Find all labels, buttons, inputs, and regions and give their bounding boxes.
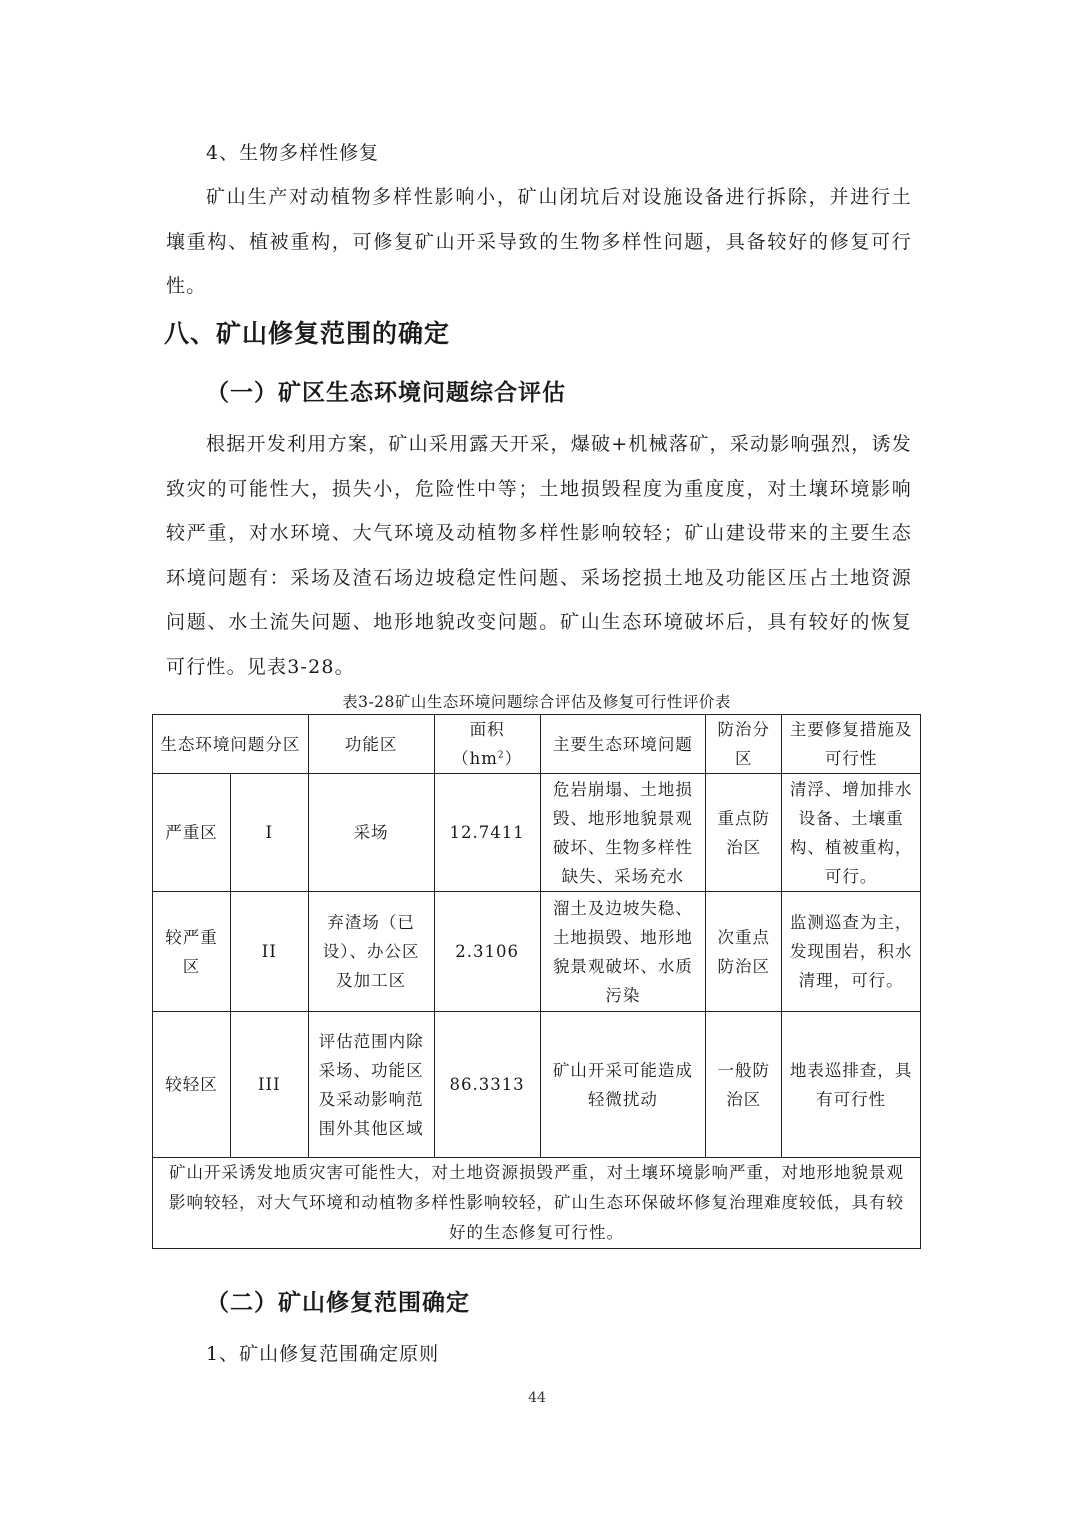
table-summary: 矿山开采诱发地质灾害可能性大，对土地资源损毁严重，对土壤环境影响严重，对地形地貌…	[153, 1158, 921, 1249]
cell-level: III	[230, 1012, 308, 1158]
header-zone: 生态环境问题分区	[153, 715, 309, 774]
cell-function-area: 弃渣场（已设）、办公区及加工区	[308, 892, 434, 1012]
table-row: 严重区 I 采场 12.7411 危岩崩塌、土地损毁、地形地貌景观破坏、生物多样…	[153, 774, 921, 892]
cell-function-area: 采场	[308, 774, 434, 892]
table-header-row: 生态环境问题分区 功能区 面积（hm2） 主要生态环境问题 防治分区 主要修复措…	[153, 715, 921, 774]
subsection-heading-scope: （二）矿山修复范围确定	[206, 1284, 470, 1317]
cell-main-problems: 危岩崩塌、土地损毁、地形地貌景观破坏、生物多样性缺失、采场充水	[540, 774, 706, 892]
cell-control-zone: 重点防治区	[706, 774, 782, 892]
cell-zone: 严重区	[153, 774, 231, 892]
header-control-zone: 防治分区	[706, 715, 782, 774]
cell-control-zone: 次重点防治区	[706, 892, 782, 1012]
cell-area: 12.7411	[434, 774, 540, 892]
header-measures: 主要修复措施及可行性	[782, 715, 921, 774]
cell-zone: 较严重区	[153, 892, 231, 1012]
cell-main-problems: 溜土及边坡失稳、土地损毁、地形地貌景观破坏、水质污染	[540, 892, 706, 1012]
page-number: 44	[0, 1390, 1074, 1406]
table-summary-row: 矿山开采诱发地质灾害可能性大，对土地资源损毁严重，对土壤环境影响严重，对地形地貌…	[153, 1158, 921, 1249]
cell-zone: 较轻区	[153, 1012, 231, 1158]
chapter-heading: 八、矿山修复范围的确定	[164, 314, 450, 350]
table-row: 较轻区 III 评估范围内除采场、功能区及采动影响范围外其他区域 86.3313…	[153, 1012, 921, 1158]
header-function-area: 功能区	[308, 715, 434, 774]
header-area: 面积（hm2）	[434, 715, 540, 774]
evaluation-table: 生态环境问题分区 功能区 面积（hm2） 主要生态环境问题 防治分区 主要修复措…	[152, 714, 921, 1249]
table-caption: 表3-28矿山生态环境问题综合评估及修复可行性评价表	[152, 690, 921, 712]
paragraph-assessment: 根据开发利用方案，矿山采用露天开采，爆破+机械落矿，采动影响强烈，诱发致灾的可能…	[166, 422, 912, 690]
cell-measures: 监测巡查为主，发现围岩，积水清理，可行。	[782, 892, 921, 1012]
cell-area: 2.3106	[434, 892, 540, 1012]
subsection-heading-assessment: （一）矿区生态环境问题综合评估	[206, 374, 566, 407]
cell-level: II	[230, 892, 308, 1012]
paragraph-biodiversity: 矿山生产对动植物多样性影响小，矿山闭坑后对设施设备进行拆除，并进行土壤重构、植被…	[166, 175, 912, 309]
item-heading-principles: 1、矿山修复范围确定原则	[206, 1339, 439, 1366]
cell-level: I	[230, 774, 308, 892]
cell-main-problems: 矿山开采可能造成轻微扰动	[540, 1012, 706, 1158]
table-row: 较严重区 II 弃渣场（已设）、办公区及加工区 2.3106 溜土及边坡失稳、土…	[153, 892, 921, 1012]
section-heading-biodiversity: 4、生物多样性修复	[206, 138, 379, 165]
cell-measures: 地表巡排查，具有可行性	[782, 1012, 921, 1158]
cell-area: 86.3313	[434, 1012, 540, 1158]
cell-function-area: 评估范围内除采场、功能区及采动影响范围外其他区域	[308, 1012, 434, 1158]
cell-measures: 清浮、增加排水设备、土壤重构、植被重构，可行。	[782, 774, 921, 892]
cell-control-zone: 一般防治区	[706, 1012, 782, 1158]
header-main-problems: 主要生态环境问题	[540, 715, 706, 774]
